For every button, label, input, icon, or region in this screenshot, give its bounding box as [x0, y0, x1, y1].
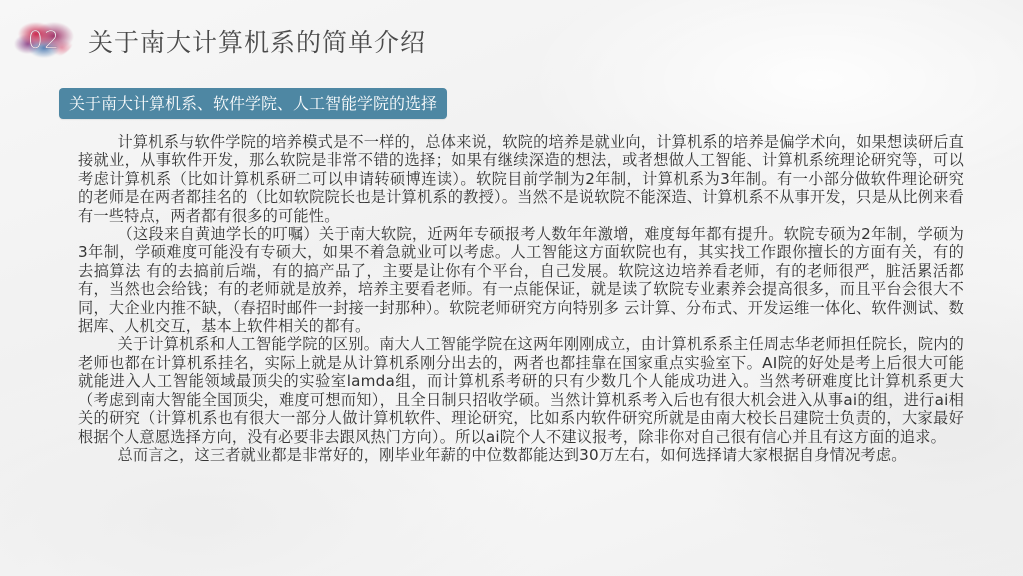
section-label: 关于南大计算机系、软件学院、人工智能学院的选择: [59, 88, 447, 119]
paragraph-cs-vs-ai: 关于计算机系和人工智能学院的区别。南大人工智能学院在这两年刚刚成立，由计算机系系…: [78, 335, 964, 445]
paragraph-cs-vs-software: 计算机系与软件学院的培养模式是不一样的，总体来说，软院的培养是就业向，计算机系的…: [78, 133, 964, 225]
paragraph-summary: 总而言之，这三者就业都是非常好的，刚毕业年薪的中位数都能达到30万左右，如何选择…: [78, 446, 964, 464]
body-text: 计算机系与软件学院的培养模式是不一样的，总体来说，软院的培养是就业向，计算机系的…: [78, 133, 964, 464]
slide: 02 关于南大计算机系的简单介绍 关于南大计算机系、软件学院、人工智能学院的选择…: [0, 0, 1023, 576]
paragraph-software-school: （这段来自黄迪学长的叮嘱）关于南大软院，近两年专硕报考人数年年激增，难度每年都有…: [78, 225, 964, 335]
page-title: 关于南大计算机系的简单介绍: [88, 23, 426, 59]
section-number-badge: 02: [14, 20, 74, 60]
section-number: 02: [14, 26, 74, 54]
